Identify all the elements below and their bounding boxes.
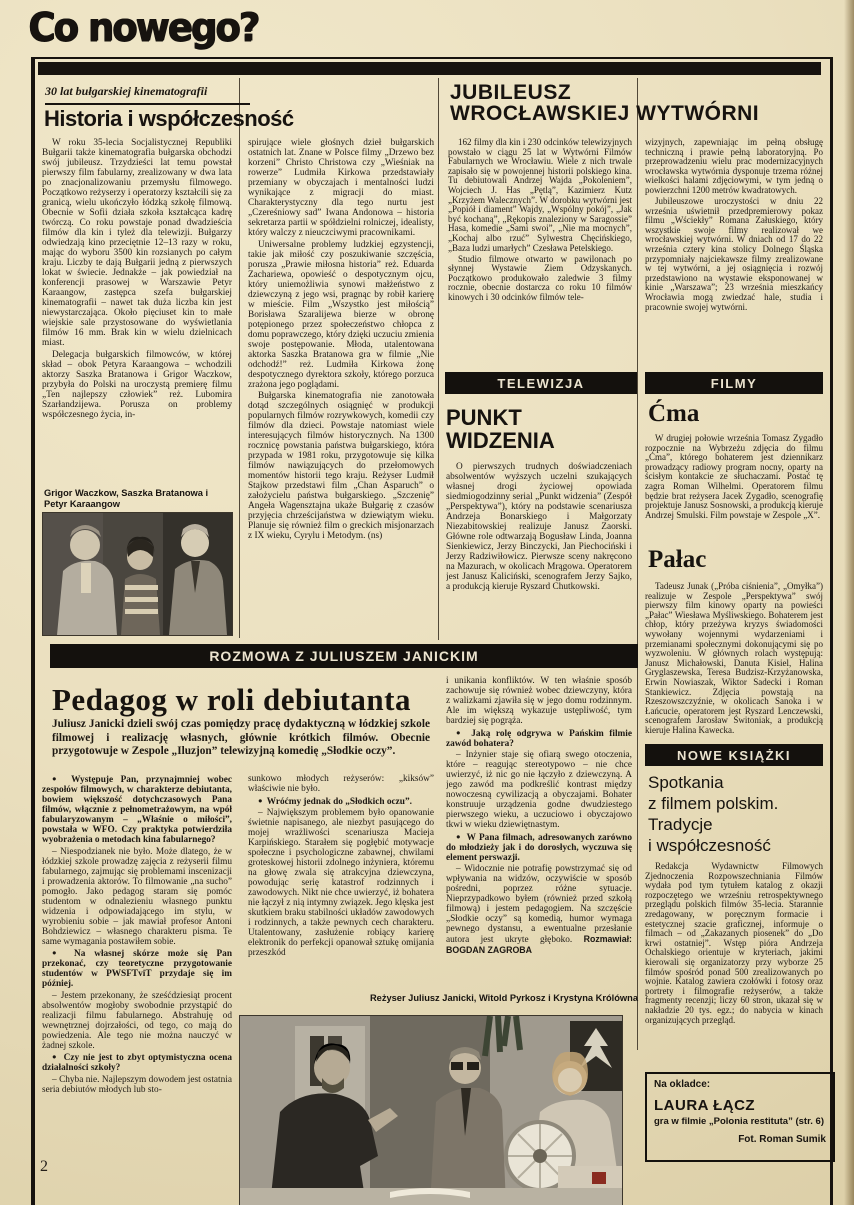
- section-banner-rozmowa: ROZMOWA Z JULIUSZEM JANICKIM: [50, 644, 638, 668]
- bullet-icon: ●: [52, 948, 65, 957]
- interview-answer: – Największym problemem było opanowanie …: [248, 808, 434, 958]
- paragraph: Jubileuszowe uroczystości w dniu 22 wrze…: [645, 197, 823, 312]
- interview-answer: – Jestem przekonany, że sześćdziesiąt pr…: [42, 991, 232, 1051]
- paragraph: wizyjnych, zapewniając im pełną obsługę …: [645, 138, 823, 196]
- column-rule-3: [637, 78, 638, 1050]
- jubileusz-headline: JUBILEUSZ WROCŁAWSKIEJ WYTWÓRNI: [450, 82, 759, 124]
- punkt-headline-line2: WIDZENIA: [446, 429, 555, 452]
- interview-continuation: i unikania konfliktów. W ten właśnie spo…: [446, 676, 632, 726]
- paragraph: Delegacja bułgarskich filmowców, w które…: [42, 350, 232, 420]
- cover-label: Na okladce:: [654, 1079, 826, 1090]
- cover-actress-name: LAURA ŁĄCZ: [654, 1097, 826, 1114]
- paragraph: Uniwersalne problemy ludzkiej egzystencj…: [248, 240, 434, 390]
- cma-headline: Ćma: [648, 400, 699, 428]
- photo-film-set-scene-image: [240, 1016, 622, 1205]
- bullet-icon: ●: [456, 832, 463, 841]
- cover-film-line: gra w filmie „Polonia restituta” (str. 6…: [654, 1116, 826, 1127]
- ksiazki-headline-line4: i współczesność: [648, 835, 778, 856]
- question-text: Wróćmy jednak do „Słodkich oczu”.: [267, 797, 412, 807]
- interview-column-1: ● Występuje Pan, przynajmniej wobec zesp…: [42, 774, 232, 1104]
- paper-edge-shadow: [844, 0, 854, 1205]
- history-column-1: W roku 35-lecia Socjalistycznej Republik…: [42, 138, 232, 486]
- interview-answer: – Inżynier staje się ofiarą swego otocze…: [446, 750, 632, 830]
- paragraph: Bułgarska kinematografia nie zanotowała …: [248, 391, 434, 541]
- top-rule-bar: [38, 62, 821, 75]
- interview-answer: – Widocznie nie potrafię powstrzymać się…: [446, 864, 632, 956]
- paragraph: W roku 35-lecia Socjalistycznej Republik…: [42, 138, 232, 348]
- interview-question: ● Na własnej skórze może się Pan przekon…: [42, 948, 232, 989]
- photo1-caption: Grigor Waczkow, Saszka Bratanowa i Petyr…: [44, 488, 232, 509]
- interview-column-3: i unikania konfliktów. W ten właśnie spo…: [446, 676, 632, 982]
- bullet-icon: ●: [456, 728, 466, 737]
- jubileusz-headline-line2: WROCŁAWSKIEJ WYTWÓRNI: [450, 103, 759, 124]
- column-rule-2: [438, 78, 439, 640]
- interview-question: ● W Pana filmach, adresowanych zarówno d…: [446, 832, 632, 863]
- telewizja-body: O pierwszych trudnych doświadczeniach ab…: [446, 462, 632, 640]
- palac-headline: Pałac: [648, 546, 706, 574]
- bullet-icon: ●: [52, 1052, 60, 1061]
- palac-body: Tadeusz Junak („Próba ciśnienia”, „Omyłk…: [645, 582, 823, 740]
- ksiazki-headline-line3: Tradycje: [648, 814, 778, 835]
- jubileusz-column-2: wizyjnych, zapewniając im pełną obsługę …: [645, 138, 823, 366]
- ksiazki-body: Redakcja Wydawnictw Filmowych Zjednoczen…: [645, 862, 823, 1054]
- interview-question: ● Czy nie jest to zbyt optymistyczna oce…: [42, 1052, 232, 1073]
- punkt-widzenia-headline: PUNKT WIDZENIA: [446, 406, 555, 452]
- paragraph: Redakcja Wydawnictw Filmowych Zjednoczen…: [645, 862, 823, 1025]
- interview-continuation: sunkowo młodych reżyserów: „kiksów” właś…: [248, 774, 434, 794]
- interview-lead: Juliusz Janicki dzieli swój czas pomiędz…: [52, 718, 430, 759]
- photo2-caption: Reżyser Juliusz Janicki, Witold Pyrkosz …: [340, 993, 638, 1004]
- photo-bulgarian-delegation: [43, 513, 232, 635]
- interview-headline: Pedagog w roli debiutanta: [52, 682, 411, 718]
- photo-bulgarian-delegation-image: [43, 513, 232, 635]
- page-title: Co nowego?: [28, 5, 258, 50]
- section-banner-telewizja: TELEWIZJA: [445, 372, 637, 394]
- history-kicker: 30 lat bułgarskiej kinematografii: [45, 84, 250, 105]
- paragraph: W drugiej połowie września Tomasz Zygadł…: [645, 434, 823, 520]
- paragraph: 162 filmy dla kin i 230 odcinków telewiz…: [448, 138, 632, 253]
- ksiazki-headline: Spotkania z filmem polskim. Tradycje i w…: [648, 772, 778, 856]
- section-banner-filmy: FILMY: [645, 372, 823, 394]
- section-banner-nowe-ksiazki: NOWE KSIĄŻKI: [645, 744, 823, 766]
- question-text: Czy nie jest to zbyt optymistyczna ocena…: [42, 1053, 232, 1073]
- interview-answer: – Chyba nie. Najlepszym dowodem jest ost…: [42, 1075, 232, 1095]
- interview-question: ● Wróćmy jednak do „Słodkich oczu”.: [248, 796, 434, 807]
- question-text: Występuje Pan, przynajmniej wobec zespoł…: [42, 775, 232, 845]
- column-rule-1: [239, 78, 240, 638]
- question-text: Jaką rolę odgrywa w Pańskim filmie zawód…: [446, 729, 632, 749]
- page-number: 2: [40, 1158, 48, 1176]
- bullet-icon: ●: [258, 796, 265, 805]
- interview-column-2: sunkowo młodych reżyserów: „kiksów” właś…: [248, 774, 434, 1009]
- interview-question: ● Występuje Pan, przynajmniej wobec zesp…: [42, 774, 232, 845]
- ksiazki-headline-line2: z filmem polskim.: [648, 793, 778, 814]
- cover-info-box: Na okladce: LAURA ŁĄCZ gra w filmie „Pol…: [645, 1072, 835, 1162]
- punkt-headline-line1: PUNKT: [446, 406, 555, 429]
- ksiazki-headline-line1: Spotkania: [648, 772, 778, 793]
- history-headline: Historia i współczesność: [44, 106, 294, 132]
- interview-question: ● Jaką rolę odgrywa w Pańskim filmie zaw…: [446, 728, 632, 749]
- answer-text: – Widocznie nie potrafię powstrzymać się…: [446, 864, 632, 945]
- paragraph: spirujące wiele głośnych dzieł bułgarski…: [248, 138, 434, 238]
- magazine-page: Co nowego? 30 lat bułgarskiej kinematogr…: [0, 0, 854, 1205]
- paragraph: Studio filmowe otwarto w pawilonach po s…: [448, 255, 632, 303]
- jubileusz-column-1: 162 filmy dla kin i 230 odcinków telewiz…: [448, 138, 632, 366]
- bullet-icon: ●: [52, 774, 64, 783]
- question-text: Na własnej skórze może się Pan przekonać…: [42, 949, 232, 989]
- question-text: W Pana filmach, adresowanych zarówno do …: [446, 833, 632, 863]
- paragraph: Tadeusz Junak („Próba ciśnienia”, „Omyłk…: [645, 582, 823, 736]
- history-column-2: spirujące wiele głośnych dzieł bułgarski…: [248, 138, 434, 640]
- cover-photo-credit: Fot. Roman Sumik: [654, 1134, 826, 1145]
- interview-answer: – Niespodzianek nie było. Może dlatego, …: [42, 847, 232, 947]
- jubileusz-headline-line1: JUBILEUSZ: [450, 82, 759, 103]
- paragraph: O pierwszych trudnych doświadczeniach ab…: [446, 462, 632, 592]
- cma-body: W drugiej połowie września Tomasz Zygadł…: [645, 434, 823, 544]
- photo-film-set-scene: [240, 1016, 622, 1205]
